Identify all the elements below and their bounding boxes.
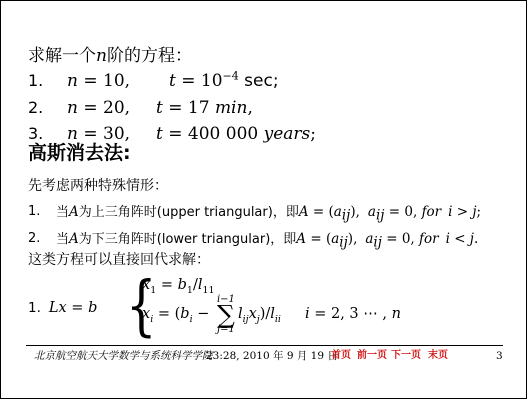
special-1-end: ; <box>477 204 482 220</box>
l2-b: b <box>180 306 189 322</box>
l2-range: i = 2, 3 ⋯ , n <box>305 306 401 323</box>
special-2-matrix-var: A <box>69 231 79 247</box>
nav-first-page-link[interactable]: 首页 <box>331 350 351 362</box>
special-2-cn3: ，即 <box>270 232 296 247</box>
case-item-2: 2.n = 20,t = 17 min, <box>28 98 508 122</box>
case-1-n-var: n <box>67 71 78 91</box>
case-1-number: 1. <box>28 71 43 90</box>
case-3-number: 3. <box>28 124 43 143</box>
page-number: 3 <box>496 350 503 363</box>
case-3-t-var: t <box>156 124 163 144</box>
title-text-post: 阶的方程： <box>107 46 192 66</box>
special-1-cn2: 为上三角阵时 <box>79 205 157 220</box>
case-3-n-value: = 30, <box>78 124 130 144</box>
special-1-for: for <box>422 204 442 220</box>
formula-label: 1.Lx = b <box>28 300 97 317</box>
footer-datetime: 23:28, 2010 年 9 月 19 日 <box>206 350 338 363</box>
lead-special-cases: 先考虑两种特殊情形： <box>28 178 168 195</box>
special-2-A: A <box>296 231 306 247</box>
case-item-1: 1.n = 10,t = 10−4 sec; <box>28 71 508 95</box>
l2-minus: − <box>193 306 214 322</box>
special-1-number: 1. <box>28 204 40 220</box>
case-2-t-var: t <box>156 98 163 118</box>
l2-lii-sub: ii <box>275 314 281 325</box>
title-text-pre: 求解一个 <box>28 46 96 66</box>
l1-x: x <box>142 277 150 293</box>
formula-lx: Lx <box>49 300 67 316</box>
special-2-r3: = 0, <box>382 231 419 247</box>
case-1-t-value: = 10 <box>176 71 223 91</box>
l2-eq: = ( <box>153 306 180 322</box>
special-2-cn1: 当 <box>56 232 69 247</box>
section-heading-gaussian-elimination: 高斯消去法: <box>28 142 131 165</box>
case-2-number: 2. <box>28 98 43 117</box>
case-2-n-var: n <box>67 98 78 118</box>
case-3-punct: ; <box>310 124 316 144</box>
formula-block: 1.Lx = b { x1 = b1/l11 xi = (bi − i−1∑j=… <box>28 271 508 345</box>
nav-previous-page-link[interactable]: 前一页 <box>357 350 387 362</box>
case-2-punct: , <box>247 98 252 118</box>
special-1-a: a <box>334 204 342 220</box>
case-1-exponent: −4 <box>223 69 239 82</box>
special-2-aij-sub: ij <box>373 235 382 251</box>
case-3-t-value: = 400 000 <box>163 124 264 144</box>
special-2-english-term: (lower triangular) <box>157 232 271 247</box>
nav-next-page-link[interactable]: 下一页 <box>391 350 421 362</box>
special-1-r3: = 0, <box>384 204 421 220</box>
l2-range-eq: = 2, 3 ⋯ , <box>310 306 392 322</box>
special-2-for: for <box>419 231 439 247</box>
case-1-unit: sec; <box>239 71 279 91</box>
special-1-A: A <box>299 204 309 220</box>
case-3-unit: years <box>264 124 311 144</box>
formula-line-2: xi = (bi − i−1∑j=1lijxj)/liii = 2, 3 ⋯ ,… <box>142 292 401 338</box>
special-2-r1: = ( <box>306 231 331 247</box>
l2-left-part: xi = (bi − <box>142 306 214 323</box>
formula-b: b <box>88 300 97 316</box>
case-2-unit: min <box>215 98 248 118</box>
lead-back-substitution: 这类方程可以直接回代求解： <box>28 252 210 269</box>
special-2-condition: i < j <box>446 231 474 247</box>
case-1-n-value: = 10, <box>78 71 130 91</box>
l1-eq: = <box>156 277 177 293</box>
special-2-a-sub: ij <box>339 235 348 251</box>
special-2-number: 2. <box>28 231 40 247</box>
l1-b: b <box>178 277 187 293</box>
special-1-matrix-var: A <box>69 204 79 220</box>
l2-x2: x <box>249 306 257 322</box>
case-2-n-value: = 20, <box>78 98 130 118</box>
footer-divider <box>26 345 503 346</box>
l2-range-n: n <box>392 306 401 322</box>
formula-number: 1. <box>28 300 41 316</box>
title-var-n: n <box>96 46 107 66</box>
case-1-t-var: t <box>169 71 176 91</box>
special-2-r2: ), <box>348 231 358 247</box>
sum-lower-limit: j=1 <box>217 325 235 335</box>
special-2-end: . <box>474 231 478 247</box>
special-2-cn2: 为下三角阵时 <box>79 232 157 247</box>
special-1-r1: = ( <box>309 204 334 220</box>
case-3-n-var: n <box>67 124 78 144</box>
l2-close: )/ <box>260 306 271 322</box>
summation-symbol: i−1∑j=1 <box>217 295 235 336</box>
sigma-icon: ∑ <box>217 305 235 326</box>
slide-title-line: 求解一个n阶的方程： <box>28 46 192 66</box>
nav-last-page-link[interactable]: 末页 <box>428 350 448 362</box>
special-1-cn1: 当 <box>56 205 69 220</box>
footer-institution: 北京航空航天大学数学与系统科学学院 <box>34 350 213 363</box>
case-2-t-value: = 17 <box>163 98 215 118</box>
special-1-cn3: ，即 <box>273 205 299 220</box>
special-1-condition: i > j <box>448 204 476 220</box>
special-1-english-term: (upper triangular) <box>157 205 273 220</box>
slide-page: 求解一个n阶的方程： 1.n = 10,t = 10−4 sec; 2.n = … <box>0 0 527 399</box>
l2-x: x <box>142 306 150 322</box>
l2-right-part: lijxj)/lii <box>238 306 281 323</box>
special-1-aij: a <box>368 204 376 220</box>
special-1-r2: ), <box>350 204 360 220</box>
formula-eq: = <box>67 300 88 316</box>
